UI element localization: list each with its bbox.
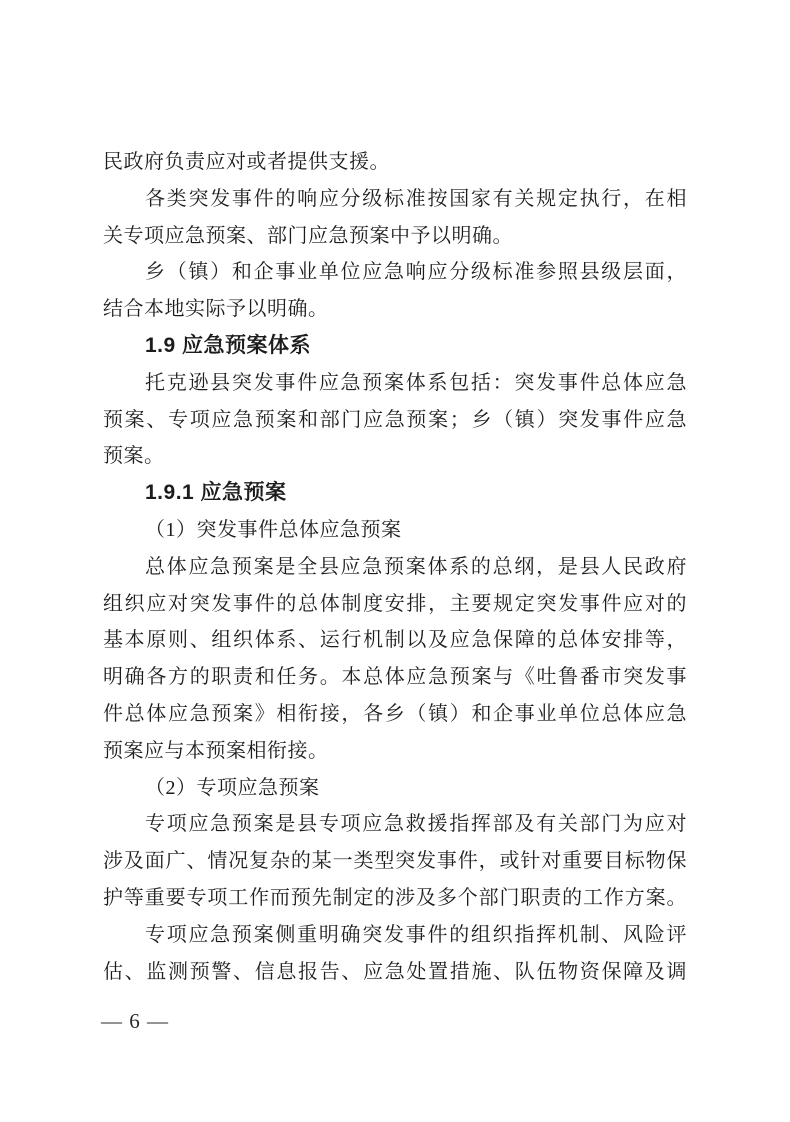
text-line: 涉及面广、情况复杂的某一类型突发事件，或针对重要目标物保: [103, 843, 687, 880]
section-heading-1-9-1: 1.9.1 应急预案: [103, 475, 687, 512]
text-line: 估、监测预警、信息报告、应急处置措施、队伍物资保障及调: [103, 954, 687, 991]
text-line: 预案、专项应急预案和部门应急预案；乡（镇）突发事件应急: [103, 402, 687, 439]
text-line: 基本原则、组织体系、运行机制以及应急保障的总体安排等，: [103, 622, 687, 659]
document-body: 民政府负责应对或者提供支援。 各类突发事件的响应分级标准按国家有关规定执行，在相…: [103, 144, 687, 990]
list-item-heading: （1）突发事件总体应急预案: [103, 512, 687, 549]
text-line: 预案。: [103, 438, 687, 475]
text-line: 组织应对突发事件的总体制度安排，主要规定突发事件应对的: [103, 586, 687, 623]
text-line: 结合本地实际予以明确。: [103, 291, 687, 328]
text-line: 件总体应急预案》相衔接，各乡（镇）和企事业单位总体应急: [103, 696, 687, 733]
page-number: — 6 —: [101, 1007, 169, 1035]
text-line: 专项应急预案侧重明确突发事件的组织指挥机制、风险评: [103, 917, 687, 954]
text-line: 总体应急预案是全县应急预案体系的总纲，是县人民政府: [103, 549, 687, 586]
text-line: 明确各方的职责和任务。本总体应急预案与《吐鲁番市突发事: [103, 659, 687, 696]
text-line: 专项应急预案是县专项应急救援指挥部及有关部门为应对: [103, 806, 687, 843]
document-page: 民政府负责应对或者提供支援。 各类突发事件的响应分级标准按国家有关规定执行，在相…: [0, 0, 790, 1122]
text-line: 关专项应急预案、部门应急预案中予以明确。: [103, 218, 687, 255]
text-line: 托克逊县突发事件应急预案体系包括：突发事件总体应急: [103, 365, 687, 402]
text-line: 乡（镇）和企事业单位应急响应分级标准参照县级层面，: [103, 254, 687, 291]
text-line: 各类突发事件的响应分级标准按国家有关规定执行，在相: [103, 181, 687, 218]
list-item-heading: （2）专项应急预案: [103, 770, 687, 807]
text-line: 预案应与本预案相衔接。: [103, 733, 687, 770]
section-heading-1-9: 1.9 应急预案体系: [103, 328, 687, 365]
text-line: 护等重要专项工作而预先制定的涉及多个部门职责的工作方案。: [103, 880, 687, 917]
text-line: 民政府负责应对或者提供支援。: [103, 144, 687, 181]
